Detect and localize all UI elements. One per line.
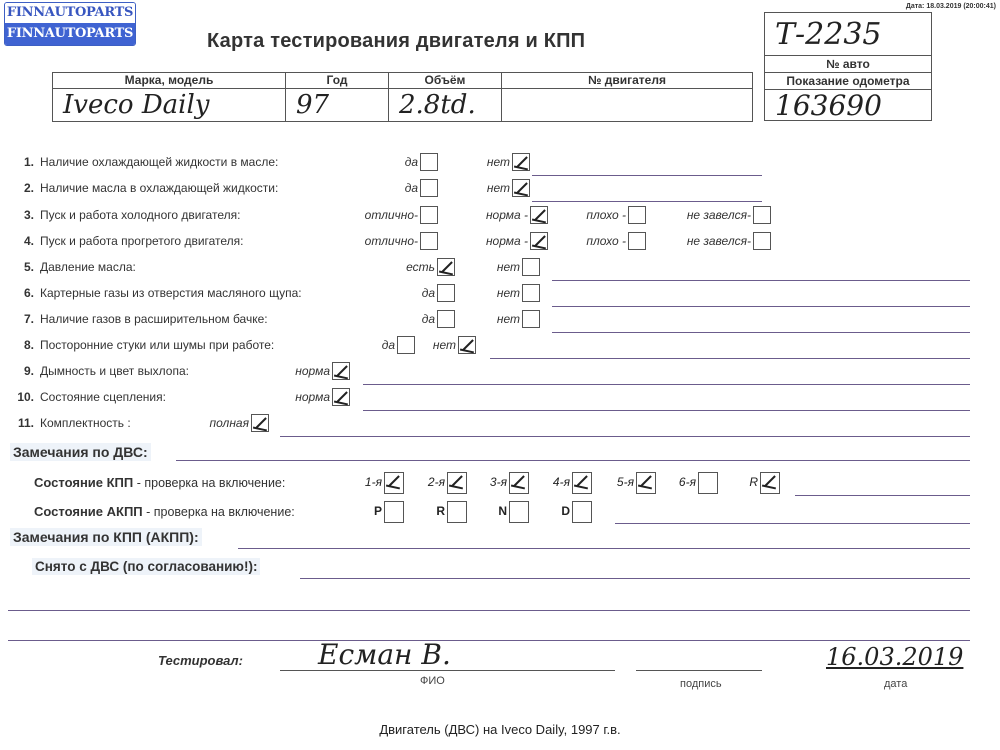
test-date: 16.03.2019: [826, 643, 963, 671]
auto-odometer-box: Т-2235 № авто Показание одометра 163690: [764, 12, 932, 121]
option-label: да: [382, 338, 395, 352]
checkbox-8-2[interactable]: [458, 336, 476, 354]
option-label: нет: [487, 181, 510, 195]
question-number: 6.: [12, 286, 34, 300]
removed-label: Снято с ДВС (по согласованию!):: [32, 558, 260, 575]
auto-number-value: Т-2235: [765, 13, 931, 56]
question-10-notes-line[interactable]: [363, 410, 970, 411]
option-label: нет: [497, 260, 520, 274]
option-label: нет: [497, 286, 520, 300]
mode-checkbox-N[interactable]: [509, 501, 529, 523]
option-label: отлично-: [365, 208, 418, 222]
option-label: норма: [295, 390, 330, 404]
question-5: 5.Давление масла:: [12, 260, 136, 274]
question-text: Картерные газы из отверстия масляного щу…: [40, 286, 302, 300]
photo-caption: Двигатель (ДВС) на Iveco Daily, 1997 г.в…: [0, 722, 1000, 737]
extra-line-1[interactable]: [8, 610, 970, 611]
gear-checkbox-R[interactable]: [760, 472, 780, 494]
question-7-notes-line[interactable]: [552, 332, 970, 333]
logo-line-1: FINNAUTOPARTS: [5, 3, 135, 23]
question-4: 4.Пуск и работа прогретого двигателя:: [12, 234, 244, 248]
extra-line-2[interactable]: [8, 640, 970, 641]
date-stamp: Дата: 18.03.2019 (20:00:41): [906, 3, 996, 10]
checkbox-2-2[interactable]: [512, 179, 530, 197]
question-8: 8.Посторонние стуки или шумы при работе:: [12, 338, 274, 352]
checkbox-1-2[interactable]: [512, 153, 530, 171]
col-header-engine-number: № двигателя: [502, 73, 753, 89]
model-value: Iveco Daily: [53, 89, 286, 122]
option-label: нет: [497, 312, 520, 326]
mode-label: N: [498, 504, 507, 518]
question-text: Пуск и работа холодного двигателя:: [40, 208, 240, 222]
year-value: 97: [286, 89, 389, 122]
question-text: Посторонние стуки или шумы при работе:: [40, 338, 274, 352]
mode-checkbox-R[interactable]: [447, 501, 467, 523]
option-label: отлично-: [365, 234, 418, 248]
question-2: 2.Наличие масла в охлаждающей жидкости:: [12, 181, 278, 195]
question-text: Пуск и работа прогретого двигателя:: [40, 234, 244, 248]
engine-number-value: [502, 89, 753, 122]
auto-gearbox-line[interactable]: [615, 523, 970, 524]
checkbox-4-3[interactable]: [628, 232, 646, 250]
gear-label: 2-я: [428, 475, 445, 489]
tester-name: Есман В.: [318, 638, 451, 671]
option-label: плохо -: [586, 208, 626, 222]
brand-logo: FINNAUTOPARTS FINNAUTOPARTS: [4, 2, 136, 46]
removed-line[interactable]: [300, 578, 970, 579]
question-number: 2.: [12, 181, 34, 195]
fio-label: ФИО: [420, 675, 445, 687]
checkbox-3-4[interactable]: [753, 206, 771, 224]
gear-checkbox-4-я[interactable]: [572, 472, 592, 494]
checkbox-4-2[interactable]: [530, 232, 548, 250]
remarks-gearbox-label: Замечания по КПП (АКПП):: [10, 528, 202, 546]
mode-label: P: [374, 504, 382, 518]
gear-checkbox-3-я[interactable]: [509, 472, 529, 494]
checkbox-3-3[interactable]: [628, 206, 646, 224]
checkbox-7-2[interactable]: [522, 310, 540, 328]
remarks-engine-line[interactable]: [176, 460, 970, 461]
manual-gearbox-line[interactable]: [795, 495, 970, 496]
remarks-engine-label: Замечания по ДВС:: [10, 443, 151, 461]
question-11: 11.Комплектность :: [12, 416, 131, 430]
question-number: 3.: [12, 208, 34, 222]
question-number: 10.: [12, 390, 34, 404]
mode-checkbox-D[interactable]: [572, 501, 592, 523]
question-9: 9.Дымность и цвет выхлопа:: [12, 364, 189, 378]
question-text: Наличие масла в охлаждающей жидкости:: [40, 181, 278, 195]
question-text: Наличие газов в расширительном бачке:: [40, 312, 268, 326]
option-label: да: [405, 155, 418, 169]
option-label: норма: [295, 364, 330, 378]
auto-number-label: № авто: [765, 56, 931, 73]
gear-checkbox-5-я[interactable]: [636, 472, 656, 494]
checkbox-5-2[interactable]: [522, 258, 540, 276]
col-header-model: Марка, модель: [53, 73, 286, 89]
gear-label: 6-я: [679, 475, 696, 489]
odometer-label: Показание одометра: [765, 73, 931, 90]
auto-gearbox-title: Состояние АКПП: [34, 504, 143, 519]
signature-label: подпись: [680, 678, 722, 690]
checkbox-1-1[interactable]: [420, 153, 438, 171]
question-number: 8.: [12, 338, 34, 352]
option-label: да: [405, 181, 418, 195]
gear-checkbox-1-я[interactable]: [384, 472, 404, 494]
tested-by-label: Тестировал:: [158, 653, 243, 668]
question-number: 5.: [12, 260, 34, 274]
page-title: Карта тестирования двигателя и КПП: [207, 30, 585, 53]
checkbox-10-1[interactable]: [332, 388, 350, 406]
fio-line[interactable]: [280, 670, 615, 671]
mode-label: D: [561, 504, 570, 518]
option-label: норма -: [486, 208, 528, 222]
logo-line-2: FINNAUTOPARTS: [5, 23, 135, 45]
auto-gearbox-label: Состояние АКПП - проверка на включение:: [34, 504, 295, 519]
option-label: норма -: [486, 234, 528, 248]
vehicle-info-table: Марка, модель Год Объём № двигателя Ivec…: [52, 72, 753, 122]
date-label: дата: [884, 678, 907, 690]
checkbox-3-2[interactable]: [530, 206, 548, 224]
question-number: 9.: [12, 364, 34, 378]
gear-label: R: [749, 475, 758, 489]
question-11-notes-line[interactable]: [280, 436, 970, 437]
question-10: 10.Состояние сцепления:: [12, 390, 166, 404]
question-6: 6.Картерные газы из отверстия масляного …: [12, 286, 302, 300]
manual-gearbox-title: Состояние КПП: [34, 475, 133, 490]
option-label: да: [422, 286, 435, 300]
checkbox-7-1[interactable]: [437, 310, 455, 328]
checkbox-6-2[interactable]: [522, 284, 540, 302]
question-text: Состояние сцепления:: [40, 390, 166, 404]
question-text: Давление масла:: [40, 260, 136, 274]
col-header-year: Год: [286, 73, 389, 89]
question-8-notes-line[interactable]: [490, 358, 970, 359]
manual-gearbox-label: Состояние КПП - проверка на включение:: [34, 475, 285, 490]
gear-checkbox-6-я[interactable]: [698, 472, 718, 494]
question-number: 4.: [12, 234, 34, 248]
question-6-notes-line[interactable]: [552, 306, 970, 307]
checkbox-9-1[interactable]: [332, 362, 350, 380]
volume-value: 2.8td.: [389, 89, 502, 122]
remarks-gearbox-line[interactable]: [238, 548, 970, 549]
checkbox-2-1[interactable]: [420, 179, 438, 197]
checkbox-6-1[interactable]: [437, 284, 455, 302]
option-label: не завелся-: [687, 208, 751, 222]
mode-label: R: [436, 504, 445, 518]
checkbox-11-1[interactable]: [251, 414, 269, 432]
option-label: полная: [210, 416, 249, 430]
gear-label: 4-я: [553, 475, 570, 489]
gear-label: 1-я: [365, 475, 382, 489]
gear-checkbox-2-я[interactable]: [447, 472, 467, 494]
manual-gearbox-desc: - проверка на включение:: [133, 476, 285, 490]
checkbox-4-4[interactable]: [753, 232, 771, 250]
mode-checkbox-P[interactable]: [384, 501, 404, 523]
question-text: Дымность и цвет выхлопа:: [40, 364, 189, 378]
question-number: 1.: [12, 155, 34, 169]
checkbox-5-1[interactable]: [437, 258, 455, 276]
question-text: Наличие охлаждающей жидкости в масле:: [40, 155, 278, 169]
question-text: Комплектность :: [40, 416, 131, 430]
question-number: 7.: [12, 312, 34, 326]
checkbox-4-1[interactable]: [420, 232, 438, 250]
option-label: есть: [406, 260, 435, 274]
question-5-notes-line[interactable]: [552, 280, 970, 281]
signature-line[interactable]: [636, 670, 762, 671]
checkbox-3-1[interactable]: [420, 206, 438, 224]
question-3: 3.Пуск и работа холодного двигателя:: [12, 208, 240, 222]
question-2-notes-line[interactable]: [532, 201, 762, 202]
checkbox-8-1[interactable]: [397, 336, 415, 354]
col-header-volume: Объём: [389, 73, 502, 89]
question-1: 1.Наличие охлаждающей жидкости в масле:: [12, 155, 278, 169]
gear-label: 5-я: [617, 475, 634, 489]
question-9-notes-line[interactable]: [363, 384, 970, 385]
question-number: 11.: [12, 416, 34, 430]
option-label: да: [422, 312, 435, 326]
option-label: плохо -: [586, 234, 626, 248]
option-label: нет: [433, 338, 456, 352]
auto-gearbox-desc: - проверка на включение:: [143, 505, 295, 519]
odometer-value: 163690: [765, 90, 931, 120]
gear-label: 3-я: [490, 475, 507, 489]
question-7: 7.Наличие газов в расширительном бачке:: [12, 312, 268, 326]
option-label: нет: [487, 155, 510, 169]
question-1-notes-line[interactable]: [532, 175, 762, 176]
option-label: не завелся-: [687, 234, 751, 248]
